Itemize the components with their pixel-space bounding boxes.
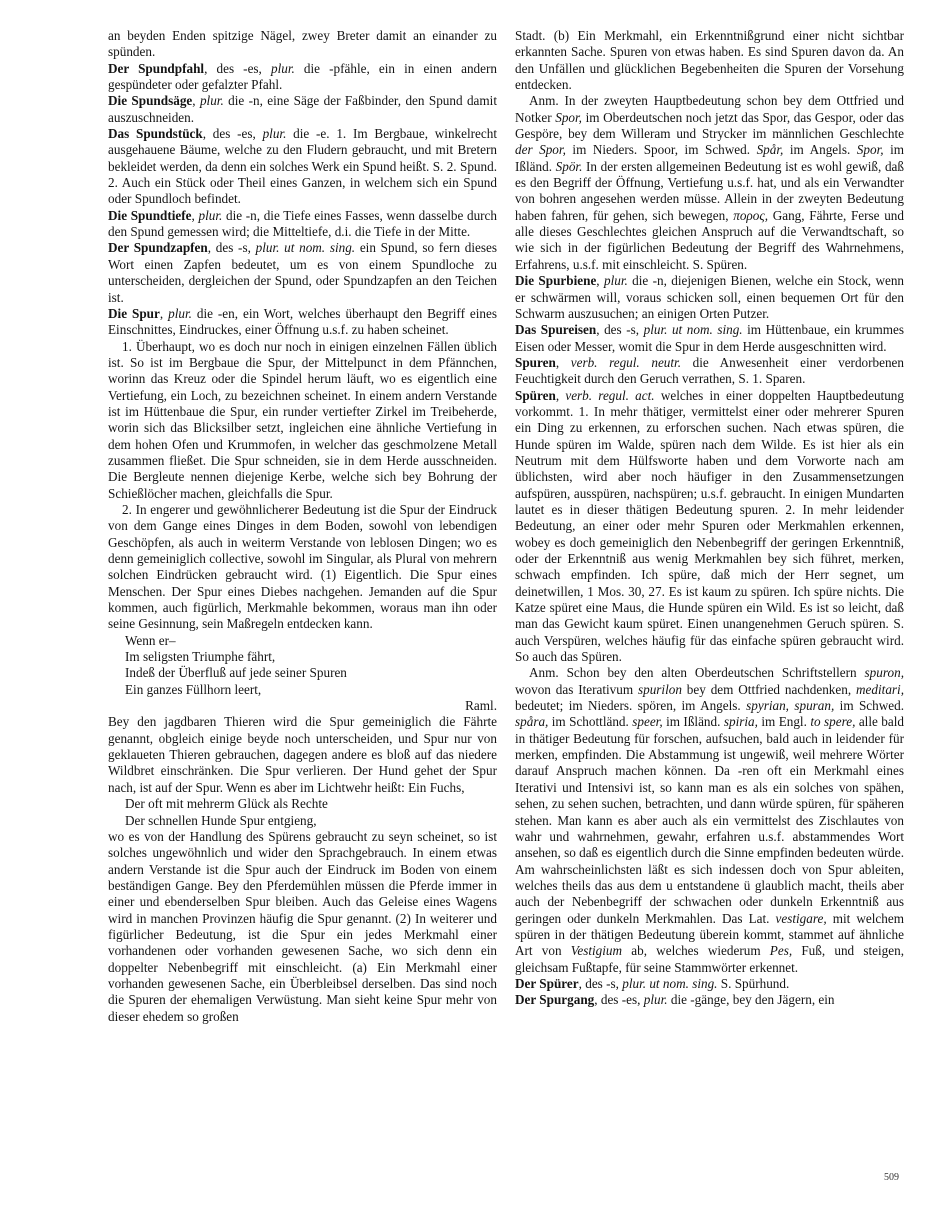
headword: Die Spundtiefe — [108, 208, 192, 223]
verse-line: Wenn er– — [108, 633, 497, 649]
grammar-note: plur. — [644, 992, 668, 1007]
dictionary-entry: Die Spundsäge, plur. die -n, eine Säge d… — [108, 93, 497, 126]
headword: Die Spundsäge — [108, 93, 192, 108]
grammar-note: plur. ut nom. sing. — [622, 976, 717, 991]
headword: Der Spurgang — [515, 992, 594, 1007]
grammar-note: verb. regul. neutr. — [571, 355, 681, 370]
continued-text: an beyden Enden spitzige Nägel, zwey Bre… — [108, 28, 497, 61]
headword: Spüren — [515, 388, 556, 403]
grammar-note: plur. ut nom. sing. — [644, 322, 743, 337]
page-number: 509 — [884, 1172, 899, 1183]
headword: Der Spundpfahl — [108, 61, 204, 76]
greek-word: πορος, — [733, 208, 768, 223]
headword: Das Spureisen — [515, 322, 596, 337]
dictionary-entry: Der Spürer, des -s, plur. ut nom. sing. … — [515, 976, 904, 992]
grammar-note: plur. — [604, 273, 628, 288]
dictionary-entry: Die Spurbiene, plur. die -n, diejenigen … — [515, 273, 904, 322]
quote-attribution: Raml. — [108, 698, 497, 714]
sense-paragraph-1: 1. Überhaupt, wo es doch nur noch in ein… — [108, 339, 497, 502]
verse-line: Der oft mit mehrerm Glück als Rechte — [108, 796, 497, 812]
body-paragraph: wo es von der Handlung des Spürens gebra… — [108, 829, 497, 1025]
headword: Der Spürer — [515, 976, 579, 991]
continued-text: Stadt. (b) Ein Merkmahl, ein Erkenntnißg… — [515, 28, 904, 93]
grammar-note: plur. ut nom. sing. — [256, 240, 356, 255]
verse-line: Ein ganzes Füllhorn leert, — [108, 682, 497, 698]
grammar-note: plur. — [199, 208, 223, 223]
dictionary-entry: Die Spur, plur. die -en, ein Wort, welch… — [108, 306, 497, 339]
dictionary-entry: Das Spureisen, des -s, plur. ut nom. sin… — [515, 322, 904, 355]
left-column: an beyden Enden spitzige Nägel, zwey Bre… — [108, 28, 497, 1025]
dictionary-entry: Das Spundstück, des -es, plur. die -e. 1… — [108, 126, 497, 208]
dictionary-entry: Spuren, verb. regul. neutr. die Anwesenh… — [515, 355, 904, 388]
headword: Das Spundstück — [108, 126, 203, 141]
headword: Spuren — [515, 355, 556, 370]
annotation-paragraph: Anm. Schon bey den alten Oberdeutschen S… — [515, 665, 904, 976]
dictionary-entry: Der Spundzapfen, des -s, plur. ut nom. s… — [108, 240, 497, 305]
grammar-note: plur. — [200, 93, 224, 108]
right-column: Stadt. (b) Ein Merkmahl, ein Erkenntnißg… — [515, 28, 904, 1009]
headword: Die Spur — [108, 306, 160, 321]
verse-line: Im seligsten Triumphe fährt, — [108, 649, 497, 665]
dictionary-entry: Der Spundpfahl, des -es, plur. die -pfäh… — [108, 61, 497, 94]
dictionary-entry: Spüren, verb. regul. act. welches in ein… — [515, 388, 904, 666]
verse-line: Der schnellen Hunde Spur entgieng, — [108, 813, 497, 829]
annotation-paragraph: Anm. In der zweyten Hauptbedeutung schon… — [515, 93, 904, 273]
dictionary-entry: Der Spurgang, des -es, plur. die -gänge,… — [515, 992, 904, 1008]
grammar-note: verb. regul. act. — [565, 388, 654, 403]
body-paragraph: Bey den jagdbaren Thieren wird die Spur … — [108, 714, 497, 796]
headword: Der Spundzapfen — [108, 240, 208, 255]
dictionary-entry: Die Spundtiefe, plur. die -n, die Tiefe … — [108, 208, 497, 241]
grammar-note: plur. — [263, 126, 287, 141]
headword: Die Spurbiene — [515, 273, 596, 288]
grammar-note: plur. — [168, 306, 192, 321]
grammar-note: plur. — [271, 61, 295, 76]
sense-paragraph-2: 2. In engerer und gewöhnlicherer Bedeutu… — [108, 502, 497, 633]
verse-line: Indeß der Überfluß auf jede seiner Spure… — [108, 665, 497, 681]
